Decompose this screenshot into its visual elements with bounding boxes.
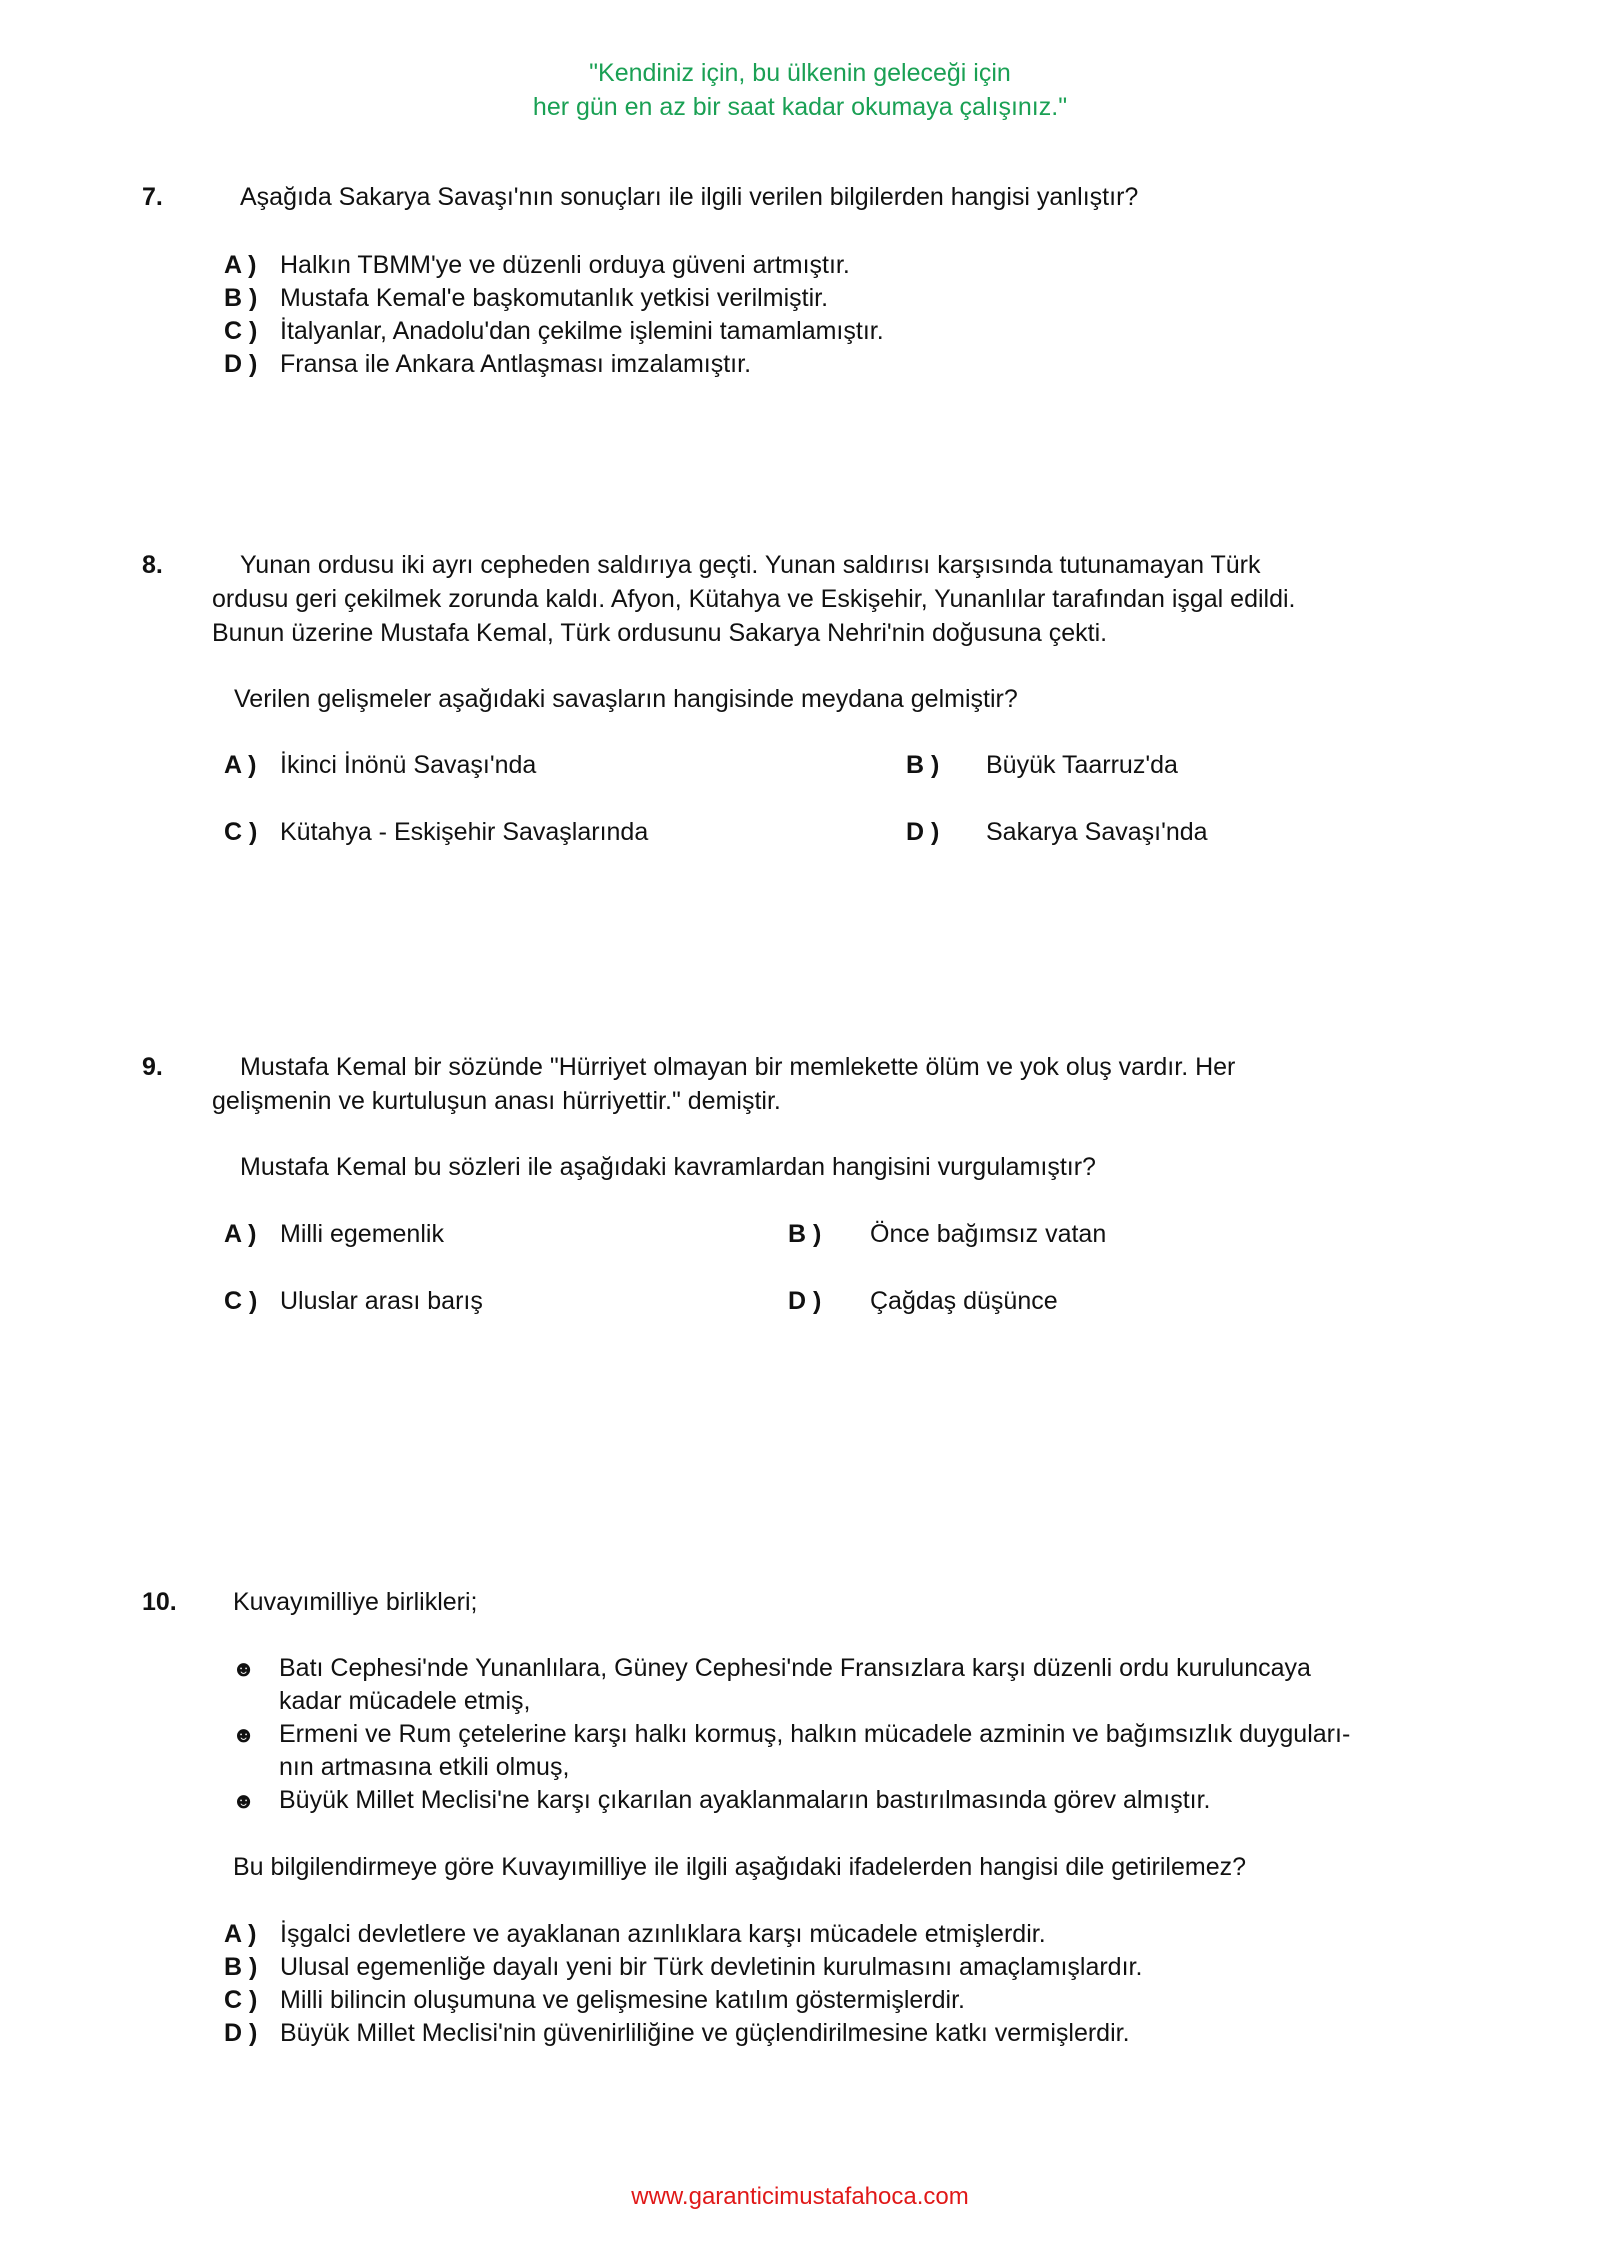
question-stem: Aşağıda Sakarya Savaşı'nın sonuçları ile… bbox=[240, 180, 1138, 214]
option-b[interactable]: B )Önce bağımsız vatan bbox=[788, 1217, 1106, 1251]
option-letter: A ) bbox=[224, 1917, 280, 1951]
smiley-bullet-icon: ☻ bbox=[232, 1722, 255, 1748]
question-stem-line-3: Bunun üzerine Mustafa Kemal, Türk ordusu… bbox=[212, 616, 1107, 650]
footer-website-link[interactable]: www.garanticimustafahoca.com bbox=[0, 2183, 1600, 2211]
option-c[interactable]: C )Milli bilincin oluşumuna ve gelişmesi… bbox=[224, 1983, 965, 2017]
option-letter: C ) bbox=[224, 1983, 280, 2017]
question-stem: Kuvayımilliye birlikleri; bbox=[233, 1585, 478, 1619]
option-text: Mustafa Kemal'e başkomutanlık yetkisi ve… bbox=[280, 284, 828, 312]
option-text: Büyük Millet Meclisi'nin güvenirliliğine… bbox=[280, 2019, 1130, 2047]
question-number: 9. bbox=[142, 1050, 163, 1084]
option-text: Ulusal egemenliğe dayalı yeni bir Türk d… bbox=[280, 1953, 1142, 1981]
option-letter: A ) bbox=[224, 1217, 280, 1251]
smiley-bullet-icon: ☻ bbox=[232, 1788, 255, 1814]
option-text: İtalyanlar, Anadolu'dan çekilme işlemini… bbox=[280, 317, 884, 345]
bullet-1-line-2: kadar mücadele etmiş, bbox=[279, 1684, 531, 1718]
option-letter: D ) bbox=[224, 2016, 280, 2050]
question-stem-line-2: gelişmenin ve kurtuluşun anası hürriyett… bbox=[212, 1084, 781, 1118]
option-letter: C ) bbox=[224, 314, 280, 348]
option-b[interactable]: B )Mustafa Kemal'e başkomutanlık yetkisi… bbox=[224, 281, 828, 315]
question-stem-line-1: Mustafa Kemal bir sözünde "Hürriyet olma… bbox=[240, 1050, 1235, 1084]
option-text: Halkın TBMM'ye ve düzenli orduya güveni … bbox=[280, 251, 850, 279]
quote-line-2: her gün en az bir saat kadar okumaya çal… bbox=[0, 90, 1600, 124]
option-letter: B ) bbox=[224, 281, 280, 315]
option-d[interactable]: D )Sakarya Savaşı'nda bbox=[906, 815, 1208, 849]
option-a[interactable]: A )Milli egemenlik bbox=[224, 1217, 444, 1251]
option-d[interactable]: D )Fransa ile Ankara Antlaşması imzalamı… bbox=[224, 347, 751, 381]
option-letter: D ) bbox=[788, 1284, 870, 1318]
option-letter: B ) bbox=[224, 1950, 280, 1984]
option-text: İkinci İnönü Savaşı'nda bbox=[280, 751, 536, 779]
option-letter: C ) bbox=[224, 1284, 280, 1318]
option-a[interactable]: A )Halkın TBMM'ye ve düzenli orduya güve… bbox=[224, 248, 850, 282]
option-text: Büyük Taarruz'da bbox=[986, 751, 1178, 779]
option-text: Sakarya Savaşı'nda bbox=[986, 818, 1208, 846]
smiley-bullet-icon: ☻ bbox=[232, 1656, 255, 1682]
header-quote: "Kendiniz için, bu ülkenin geleceği için… bbox=[0, 56, 1600, 124]
question-stem-line-2: ordusu geri çekilmek zorunda kaldı. Afyo… bbox=[212, 582, 1296, 616]
quote-line-1: "Kendiniz için, bu ülkenin geleceği için bbox=[0, 56, 1600, 90]
option-text: Önce bağımsız vatan bbox=[870, 1220, 1106, 1248]
option-d[interactable]: D )Büyük Millet Meclisi'nin güvenirliliğ… bbox=[224, 2016, 1130, 2050]
question-number: 7. bbox=[142, 180, 163, 214]
option-b[interactable]: B )Ulusal egemenliğe dayalı yeni bir Tür… bbox=[224, 1950, 1142, 1984]
option-text: İşgalci devletlere ve ayaklanan azınlıkl… bbox=[280, 1920, 1046, 1948]
question-number: 10. bbox=[142, 1585, 177, 1619]
bullet-1-line-1: Batı Cephesi'nde Yunanlılara, Güney Ceph… bbox=[279, 1651, 1311, 1685]
question-prompt: Bu bilgilendirmeye göre Kuvayımilliye il… bbox=[233, 1850, 1246, 1884]
option-letter: D ) bbox=[224, 347, 280, 381]
option-text: Çağdaş düşünce bbox=[870, 1287, 1058, 1315]
option-a[interactable]: A )İkinci İnönü Savaşı'nda bbox=[224, 748, 536, 782]
option-letter: C ) bbox=[224, 815, 280, 849]
option-c[interactable]: C )İtalyanlar, Anadolu'dan çekilme işlem… bbox=[224, 314, 884, 348]
option-letter: B ) bbox=[788, 1217, 870, 1251]
question-number: 8. bbox=[142, 548, 163, 582]
option-letter: B ) bbox=[906, 748, 986, 782]
option-letter: D ) bbox=[906, 815, 986, 849]
option-a[interactable]: A )İşgalci devletlere ve ayaklanan azınl… bbox=[224, 1917, 1046, 1951]
option-text: Milli egemenlik bbox=[280, 1220, 444, 1248]
question-prompt: Verilen gelişmeler aşağıdaki savaşların … bbox=[234, 682, 1018, 716]
bullet-2-line-1: Ermeni ve Rum çetelerine karşı halkı kor… bbox=[279, 1717, 1350, 1751]
option-c[interactable]: C )Uluslar arası barış bbox=[224, 1284, 483, 1318]
option-b[interactable]: B )Büyük Taarruz'da bbox=[906, 748, 1178, 782]
option-c[interactable]: C )Kütahya - Eskişehir Savaşlarında bbox=[224, 815, 648, 849]
question-stem-line-1: Yunan ordusu iki ayrı cepheden saldırıya… bbox=[240, 548, 1261, 582]
option-text: Fransa ile Ankara Antlaşması imzalamıştı… bbox=[280, 350, 751, 378]
option-text: Uluslar arası barış bbox=[280, 1287, 483, 1315]
bullet-3-line-1: Büyük Millet Meclisi'ne karşı çıkarılan … bbox=[279, 1783, 1211, 1817]
option-text: Kütahya - Eskişehir Savaşlarında bbox=[280, 818, 648, 846]
option-text: Milli bilincin oluşumuna ve gelişmesine … bbox=[280, 1986, 965, 2014]
option-d[interactable]: D )Çağdaş düşünce bbox=[788, 1284, 1058, 1318]
bullet-2-line-2: nın artmasına etkili olmuş, bbox=[279, 1750, 569, 1784]
option-letter: A ) bbox=[224, 748, 280, 782]
option-letter: A ) bbox=[224, 248, 280, 282]
question-prompt: Mustafa Kemal bu sözleri ile aşağıdaki k… bbox=[240, 1150, 1096, 1184]
